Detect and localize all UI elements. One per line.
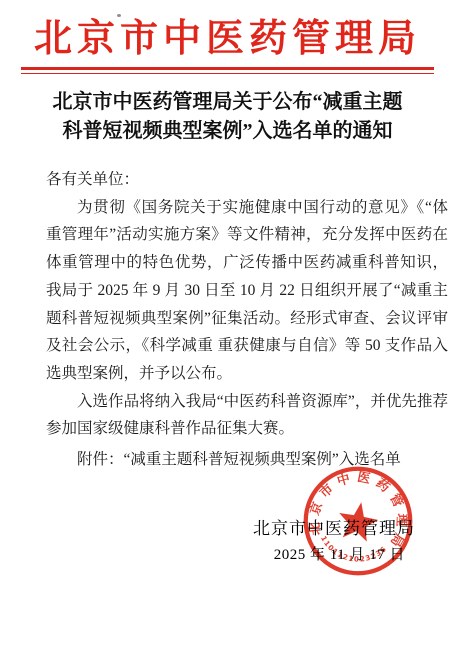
notice-body: 各有关单位： 为贯彻《国务院关于实施健康中国行动的意见》《“体重管理年”活动实施… (46, 166, 448, 474)
body-paragraph-2: 入选作品将纳入我局“中医药科普资源库”，并优先推荐参加国家级健康科普作品征集大赛… (46, 388, 448, 443)
letterhead-agency-name: 北京市中医药管理局 (0, 16, 455, 62)
notice-title: 北京市中医药管理局关于公布“减重主题 科普短视频典型案例”入选名单的通知 (28, 88, 427, 146)
notice-title-line1: 北京市中医药管理局关于公布“减重主题 (28, 88, 427, 117)
salutation: 各有关单位： (46, 166, 448, 194)
official-notice-document: 北京市中医药管理局 北京市中医药管理局关于公布“减重主题 科普短视频典型案例”入… (0, 0, 455, 647)
notice-title-line2: 科普短视频典型案例”入选名单的通知 (28, 117, 427, 146)
body-paragraph-1: 为贯彻《国务院关于实施健康中国行动的意见》《“体重管理年”活动实施方案》等文件精… (46, 194, 448, 388)
seal-star-icon (335, 499, 381, 543)
letterhead-divider-line (21, 67, 434, 74)
official-red-seal: 北京市中医药管理局 1101121023236 (299, 464, 417, 578)
